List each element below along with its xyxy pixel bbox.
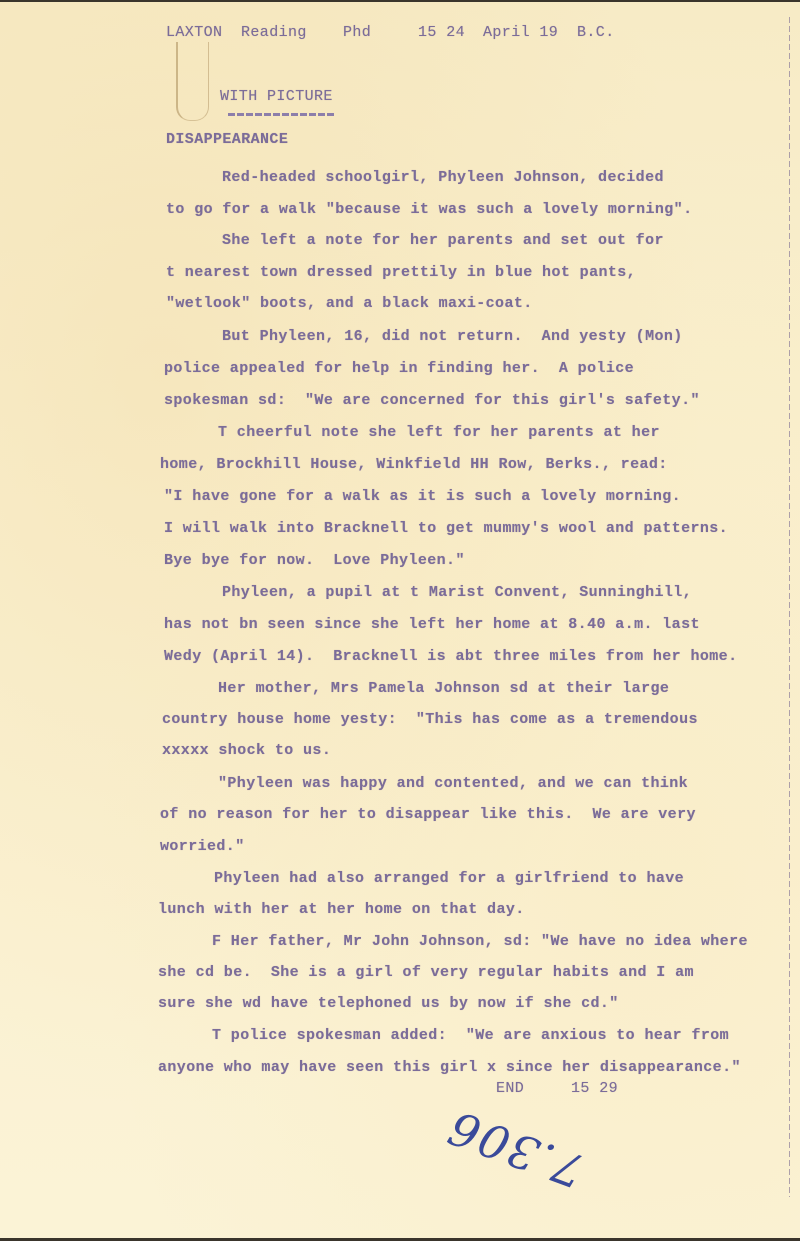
headline: DISAPPEARANCE [166, 131, 288, 148]
body-line: sure she wd have telephoned us by now if… [158, 995, 619, 1012]
body-line: She left a note for her parents and set … [222, 232, 664, 249]
body-line: I will walk into Bracknell to get mummy'… [164, 520, 728, 537]
body-line: police appealed for help in finding her.… [164, 360, 634, 377]
body-line: "wetlook" boots, and a black maxi-coat. [166, 295, 533, 312]
body-line: "Phyleen was happy and contented, and we… [218, 775, 688, 792]
body-line: xxxxx shock to us. [162, 742, 331, 759]
body-line: she cd be. She is a girl of very regular… [158, 964, 694, 981]
body-line: T police spokesman added: "We are anxiou… [212, 1027, 729, 1044]
body-line: of no reason for her to disappear like t… [160, 806, 696, 823]
body-line: t nearest town dressed prettily in blue … [166, 264, 636, 281]
header-time: 15 24 [418, 24, 465, 41]
handwritten-catalog-number: 7.306 [440, 1099, 592, 1198]
typescript-page: LAXTON Reading Phd 15 24 April 19 B.C. W… [0, 0, 800, 1241]
body-line: F Her father, Mr John Johnson, sd: "We h… [212, 933, 748, 950]
body-line: "I have gone for a walk as it is such a … [164, 488, 681, 505]
end-time: 15 29 [571, 1080, 618, 1097]
body-line: anyone who may have seen this girl x sin… [158, 1059, 741, 1076]
body-line: Her mother, Mrs Pamela Johnson sd at the… [218, 680, 669, 697]
header-location: Reading [241, 24, 307, 41]
body-line: lunch with her at her home on that day. [158, 901, 525, 918]
header-initials: B.C. [577, 24, 615, 41]
header-slug: LAXTON [166, 24, 222, 41]
end-marker: END [496, 1080, 524, 1097]
body-line: worried." [160, 838, 245, 855]
paperclip-stain [176, 42, 209, 121]
body-line: T cheerful note she left for her parents… [218, 424, 660, 441]
page-edge-rule [789, 17, 790, 1197]
header-source: Phd [343, 24, 371, 41]
body-line: Phyleen had also arranged for a girlfrie… [214, 870, 684, 887]
body-line: country house home yesty: "This has come… [162, 711, 698, 728]
header-date: April 19 [483, 24, 558, 41]
picture-note: WITH PICTURE [220, 88, 333, 105]
note-underline [228, 113, 334, 116]
body-line: has not bn seen since she left her home … [164, 616, 700, 633]
body-line: But Phyleen, 16, did not return. And yes… [222, 328, 683, 345]
body-line: home, Brockhill House, Winkfield HH Row,… [160, 456, 668, 473]
body-line: spokesman sd: "We are concerned for this… [164, 392, 700, 409]
body-line: Wedy (April 14). Bracknell is abt three … [164, 648, 738, 665]
body-line: Phyleen, a pupil at t Marist Convent, Su… [222, 584, 692, 601]
body-line: to go for a walk "because it was such a … [166, 201, 692, 218]
body-line: Red-headed schoolgirl, Phyleen Johnson, … [222, 169, 664, 186]
body-line: Bye bye for now. Love Phyleen." [164, 552, 465, 569]
